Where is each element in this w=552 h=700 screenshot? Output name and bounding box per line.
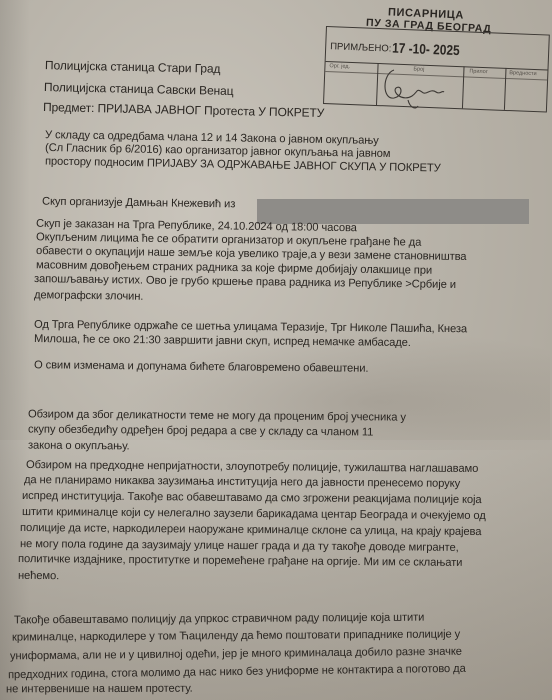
organizer-line: Скуп организује Дамњан Кнежевић из (42, 196, 235, 211)
paragraph-line: О свим изменама и допунама бићете благов… (34, 359, 369, 375)
paragraph-line: демографски злочин. (34, 289, 144, 303)
stamp-received-label: ПРИМЉЕНО: (330, 41, 392, 54)
stamp-received-date: 17 -10- 2025 (392, 40, 460, 59)
subject-label: Предмет: (43, 100, 95, 115)
stamp-column-divider (504, 68, 507, 110)
paragraph-line: скупу обезбедићу одређен број редара а с… (28, 423, 373, 438)
stamp-column-divider (462, 66, 465, 108)
subject-text: ПРИЈАВА ЈАВНОГ Протеста У ПОКРЕТУ (97, 101, 324, 120)
paragraph-line: не интервенише на нашем протесту. (6, 683, 193, 696)
stamp-column-header: Прилог (469, 69, 488, 76)
scanned-document-page: ПИСАРНИЦА ПУ ЗА ГРАД БЕОГРАД ПРИМЉЕНО: 1… (0, 0, 552, 700)
stamp-column-divider (376, 63, 379, 105)
stamp-column-header: Орг. јед. (329, 63, 350, 70)
subject-line: Предмет: ПРИЈАВА ЈАВНОГ Протеста У ПОКРЕ… (43, 100, 324, 120)
paragraph-line: нећемо. (18, 570, 59, 582)
stamp-column-header: Вредности (509, 70, 537, 77)
redaction-box (257, 199, 529, 224)
paragraph-line: Милоша, ће се око 21:30 завршити јавни с… (34, 333, 411, 349)
paragraph-line: Обзиром да због деликатности теме не мог… (28, 408, 406, 423)
recipient-line: Полицијска станица Стари Град (45, 58, 221, 76)
signature-icon (380, 62, 460, 112)
recipient-line: Полицијска станица Савски Венац (44, 80, 234, 98)
paragraph-line: закона о окупљању. (28, 440, 130, 453)
